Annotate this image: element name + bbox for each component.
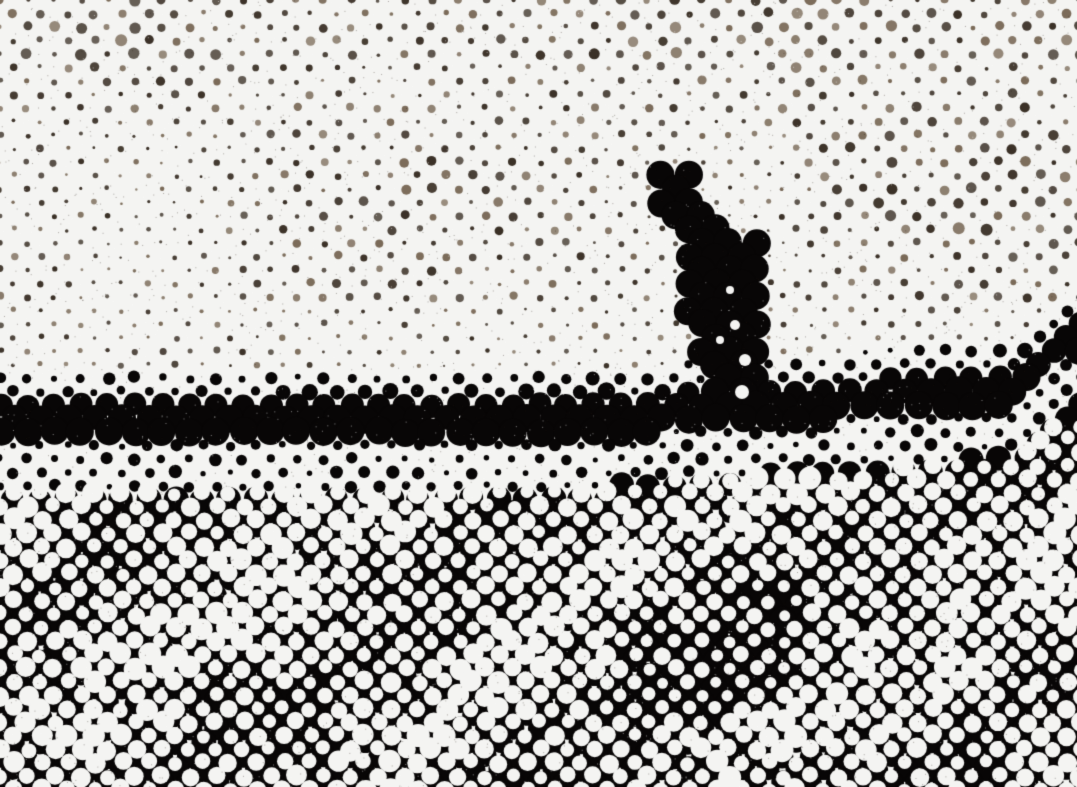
halftone-canvas (0, 0, 1077, 787)
halftone-photograph: Black and white halftone photograph: a l… (0, 0, 1077, 787)
